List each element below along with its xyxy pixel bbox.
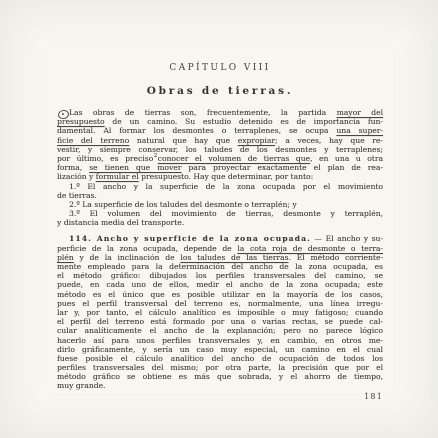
text-line: de tierras. (57, 191, 383, 200)
text-line: cular analíticamente el ancho de la expl… (57, 326, 383, 335)
text-line: fuese posible el cálculo analítico del a… (57, 354, 383, 363)
text-line: presupuesto de un camino. Su estudio det… (57, 117, 383, 126)
text-line: método gráfico se obtiene es más que sob… (57, 372, 383, 381)
page-number: 181 (57, 392, 383, 401)
chapter-heading: CAPÍTULO VIII (57, 63, 383, 73)
text-line: perfiles transversales del mismo; por ot… (57, 363, 383, 372)
hand-underline: ficie del terreno (57, 136, 129, 145)
text-line: y distancia media del transporte. (57, 218, 383, 227)
text-line: por último, es preciso2conocer el volume… (57, 154, 383, 163)
paragraph-section-114: 114. Ancho y superficie de la zona ocupa… (57, 234, 383, 390)
text-line: 2.º La superficie de los taludes del des… (57, 200, 383, 209)
hand-underline: una super- (336, 126, 383, 135)
text-line: ficie del terreno natural que hay que ex… (57, 136, 383, 145)
text-line: pues el perfil transversal del terreno e… (57, 299, 383, 308)
hand-underline: los taludes de las tierras (180, 253, 288, 262)
book-page: CAPÍTULO VIII Obras de tierras. Las obra… (0, 0, 438, 438)
text-line: dirlo gráficamente, y sería un caso muy … (57, 345, 383, 354)
hand-underline: plén (57, 253, 74, 262)
text-line: método es el único que es posible utiliz… (57, 290, 383, 299)
text-line: lar y, por tanto, el cálculo analítico e… (57, 308, 383, 317)
text-line: 114. Ancho y superficie de la zona ocupa… (57, 234, 383, 243)
text-line: muy grande. (57, 381, 383, 390)
text-line: plén y de la inclinación de los taludes … (57, 253, 383, 262)
text-line: Las obras de tierras son, frecuentemente… (57, 108, 383, 117)
hand-underline: expropiar (238, 136, 275, 145)
text-line: el perfil del terreno está formado por u… (57, 317, 383, 326)
text-line: mente empleado para la determinación del… (57, 262, 383, 271)
text-line: damental. Al formar los desmontes o terr… (57, 126, 383, 135)
text-line: perficie de la zona ocupada, depende de … (57, 244, 383, 253)
hand-underline: la cota roja de desmonte o terra- (237, 244, 383, 253)
hand-underline: conocer el volumen de tierras que (158, 154, 310, 163)
hand-underline: se tienen que mover (89, 163, 181, 172)
text-line: hacerlo así para unos perfiles transvers… (57, 336, 383, 345)
text-line: 3.º El volumen del movimiento de tierras… (57, 209, 383, 218)
text-line: forma, se tienen que mover para proyecta… (57, 163, 383, 172)
hand-underline: presupuesto (57, 117, 105, 126)
text-line: vestir, y siempre conservar, los taludes… (57, 145, 383, 154)
text-line: 1.º El ancho y la superficie de la zona … (57, 182, 383, 191)
hand-underline: formular el (96, 172, 139, 181)
inserted-note: 2 (154, 153, 158, 159)
page-body: Las obras de tierras son, frecuentemente… (57, 108, 383, 391)
bold-heading: 114. Ancho y superficie de la zona ocupa… (69, 234, 311, 243)
text-line: lización y formular el presupuesto. Hay … (57, 172, 383, 181)
text-line: el método gráfico: dibujados los perfile… (57, 271, 383, 280)
text-line: puede, en cada uno de ellos, medir el an… (57, 280, 383, 289)
section-title: Obras de tierras. (57, 85, 383, 97)
paragraph-intro: Las obras de tierras son, frecuentemente… (57, 108, 383, 227)
hand-underline: mayor del (337, 108, 383, 117)
